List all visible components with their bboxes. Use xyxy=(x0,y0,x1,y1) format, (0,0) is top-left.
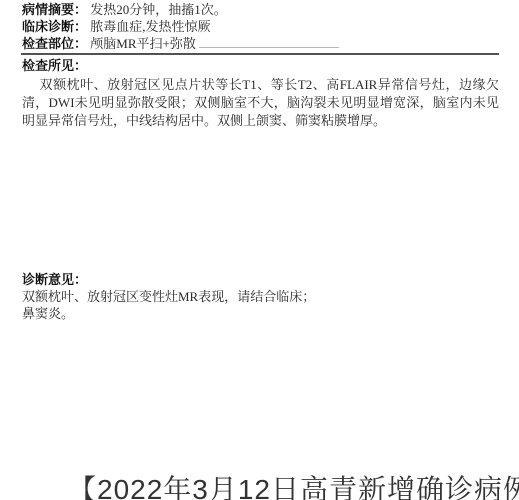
clinical-diagnosis-label: 临床诊断： xyxy=(22,19,87,34)
exam-site-label: 检查部位： xyxy=(22,36,87,51)
clinical-diagnosis-value: 脓毒血症,发热性惊厥 xyxy=(90,19,210,34)
findings-text: 双额枕叶、放射冠区见点片状等长T1、等长T2、高FLAIR异常信号灶，边缘欠清，… xyxy=(22,76,499,130)
news-headline: 【2022年3月12日高青新增确诊病例情况 xyxy=(68,473,519,500)
diagnostic-opinion-line: 双额枕叶、放射冠区变性灶MR表现，请结合临床； xyxy=(22,288,499,305)
findings-label: 检查所见： xyxy=(22,58,499,74)
diagnostic-opinion-section: 诊断意见： 双额枕叶、放射冠区变性灶MR表现，请结合临床； 鼻窦炎。 xyxy=(22,272,499,322)
page: 病情摘要： 发热20分钟，抽搐1次。 临床诊断： 脓毒血症,发热性惊厥 检查部位… xyxy=(0,0,519,500)
exam-site-fill-line xyxy=(199,36,339,48)
diagnostic-opinion-line: 鼻窦炎。 xyxy=(22,305,499,322)
field-row-clinical-diagnosis: 临床诊断： 脓毒血症,发热性惊厥 xyxy=(22,19,499,35)
field-row-condition-summary: 病情摘要： 发热20分钟，抽搐1次。 xyxy=(22,2,499,18)
medical-report: 病情摘要： 发热20分钟，抽搐1次。 临床诊断： 脓毒血症,发热性惊厥 检查部位… xyxy=(22,2,499,322)
diagnostic-opinion-label: 诊断意见： xyxy=(22,272,499,288)
section-divider xyxy=(21,53,499,55)
condition-summary-value: 发热20分钟，抽搐1次。 xyxy=(90,2,227,17)
exam-site-value: 颅脑MR平扫+弥散 xyxy=(90,36,196,51)
field-row-exam-site: 检查部位： 颅脑MR平扫+弥散 xyxy=(22,36,499,52)
condition-summary-label: 病情摘要： xyxy=(22,2,87,17)
findings-section: 检查所见： 双额枕叶、放射冠区见点片状等长T1、等长T2、高FLAIR异常信号灶… xyxy=(22,58,499,130)
